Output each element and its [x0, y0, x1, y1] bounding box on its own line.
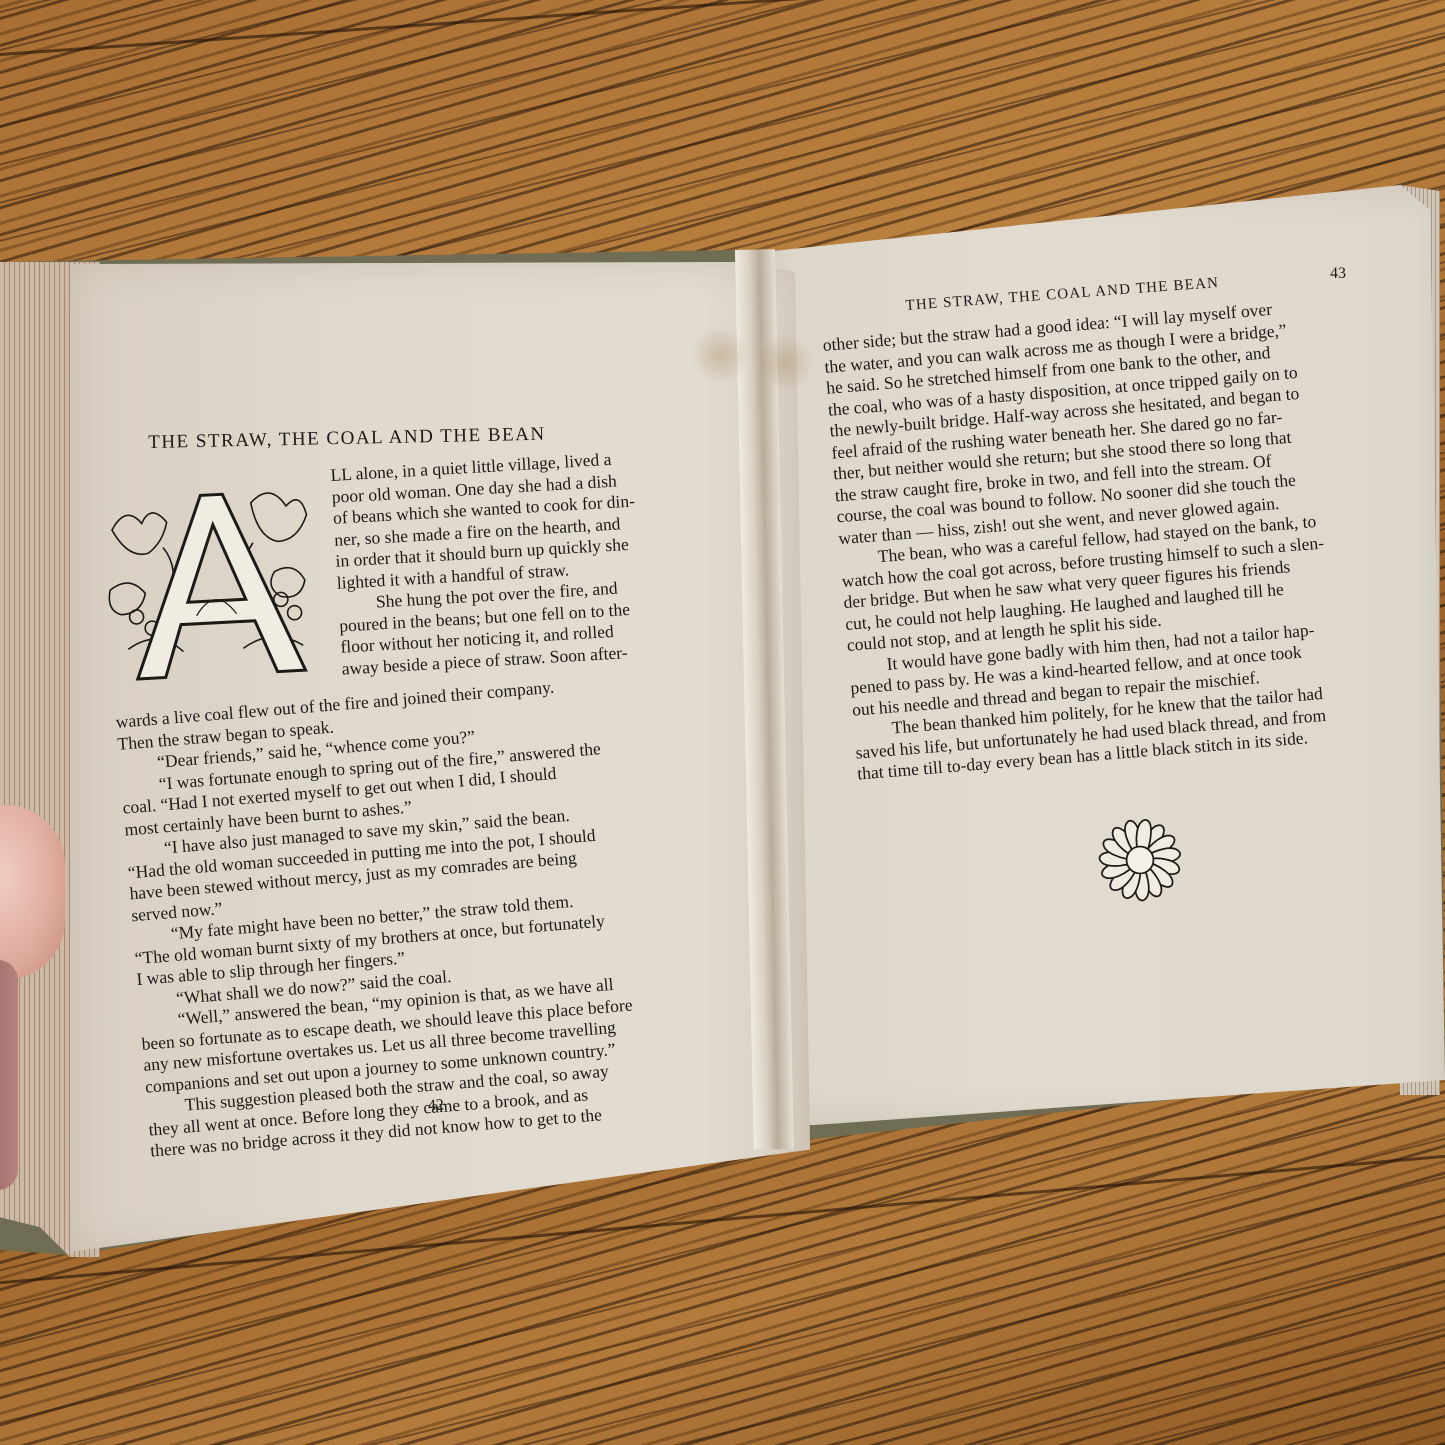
- page-number: 42: [427, 1096, 444, 1115]
- left-body-text: wards a live coal flew out of the fire a…: [115, 664, 744, 1162]
- paper-stain: [755, 335, 815, 390]
- paper-stain: [690, 325, 750, 385]
- right-body-text: other side; but the straw had a good ide…: [822, 291, 1401, 785]
- rosette-ornament-icon: [1092, 812, 1188, 908]
- lead-paragraph: LL alone, in a quiet little village, liv…: [330, 442, 737, 679]
- drop-cap-a-oak-leaves-icon: [100, 480, 322, 691]
- table-seam: [0, 0, 1445, 63]
- hand: [0, 960, 18, 1190]
- page-number: 43: [1330, 265, 1346, 283]
